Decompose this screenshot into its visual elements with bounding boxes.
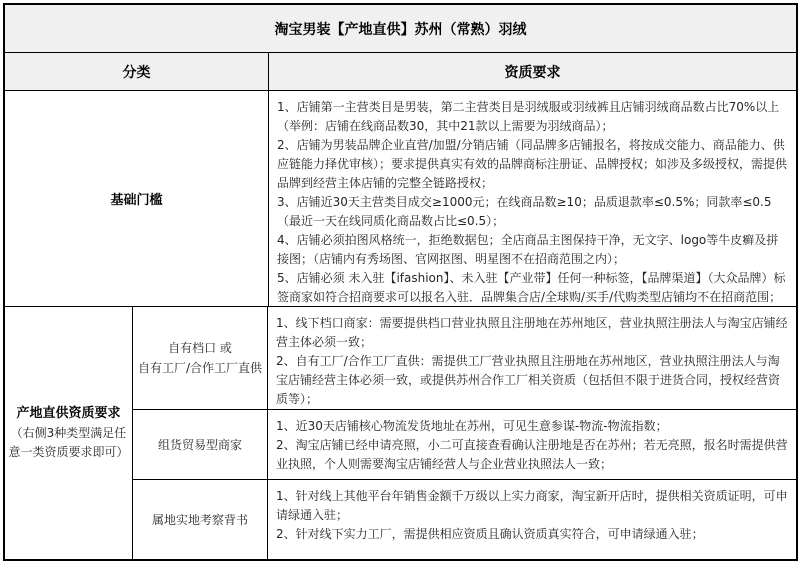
basic-item-1: 1、店铺第一主营类目是男装，第二主营类目是羽绒服或羽绒裤且店铺羽绒商品数占比70… [277, 98, 788, 136]
type-trading-merchant-label: 组货贸易型商家 [133, 410, 268, 479]
subrow-onsite-endorsement: 属地实地考察背书 1、针对线上其他平台年销售金额千万级以上实力商家，淘宝新开店时… [133, 480, 796, 559]
subrow-trading-merchant: 组货贸易型商家 1、近30天店铺核心物流发货地址在苏州，可见生意参谋-物流-物流… [133, 410, 796, 480]
supply-qualification-subrows: 自有档口 或 自有工厂/合作工厂直供 1、线下档口商家：需要提供档口营业执照且注… [133, 307, 796, 559]
supply-qualification-note: （右侧3种类型满足任意一类资质要求即可） [8, 424, 129, 462]
basic-threshold-row: 基础门槛 1、店铺第一主营类目是男装，第二主营类目是羽绒服或羽绒裤且店铺羽绒商品… [5, 91, 796, 307]
supply-qualification-group: 产地直供资质要求 （右侧3种类型满足任意一类资质要求即可） 自有档口 或 自有工… [5, 307, 796, 559]
header-category: 分类 [5, 53, 269, 90]
type-own-stall-content: 1、线下档口商家：需要提供档口营业执照且注册地在苏州地区，营业执照注册法人与淘宝… [268, 307, 796, 409]
type-onsite-endorsement-label: 属地实地考察背书 [133, 480, 268, 559]
supply-qualification-label-cell: 产地直供资质要求 （右侧3种类型满足任意一类资质要求即可） [5, 307, 133, 559]
basic-item-3: 3、店铺近30天主营类目成交≥1000元；在线商品数≥10；品质退款率≤0.5%… [277, 193, 788, 231]
own-stall-item-2: 2、自有工厂/合作工厂直供：需提供工厂营业执照且注册地在苏州地区，营业执照注册法… [276, 352, 788, 409]
table-header-row: 分类 资质要求 [5, 53, 796, 91]
trading-item-2: 2、淘宝店铺已经申请亮照，小二可直接查看确认注册地是否在苏州；若无亮照，报名时需… [276, 436, 788, 474]
basic-item-5: 5、店铺必须 未入驻【ifashion】、未入驻【产业带】任何一种标签，【品牌渠… [277, 269, 788, 307]
basic-threshold-content: 1、店铺第一主营类目是男装，第二主营类目是羽绒服或羽绒裤且店铺羽绒商品数占比70… [269, 91, 796, 306]
basic-item-2: 2、店铺为男装品牌企业直营/加盟/分销店铺（同品牌多店铺报名，将按成交能力、商品… [277, 136, 788, 193]
trading-item-1: 1、近30天店铺核心物流发货地址在苏州，可见生意参谋-物流-物流指数； [276, 417, 788, 436]
header-qualification: 资质要求 [269, 53, 796, 90]
supply-qualification-title: 产地直供资质要求 [16, 404, 120, 424]
type-own-stall-label: 自有档口 或 自有工厂/合作工厂直供 [133, 307, 268, 409]
type-trading-merchant-content: 1、近30天店铺核心物流发货地址在苏州，可见生意参谋-物流-物流指数； 2、淘宝… [268, 410, 796, 479]
onsite-item-2: 2、针对线下实力工厂，需提供相应资质且确认资质真实符合，可申请绿通入驻； [276, 525, 788, 544]
onsite-item-1: 1、针对线上其他平台年销售金额千万级以上实力商家，淘宝新开店时，提供相关资质证明… [276, 487, 788, 525]
own-stall-item-1: 1、线下档口商家：需要提供档口营业执照且注册地在苏州地区，营业执照注册法人与淘宝… [276, 314, 788, 352]
subrow-own-stall: 自有档口 或 自有工厂/合作工厂直供 1、线下档口商家：需要提供档口营业执照且注… [133, 307, 796, 410]
basic-threshold-label: 基础门槛 [5, 91, 269, 306]
requirements-table: 淘宝男装【产地直供】苏州（常熟）羽绒 分类 资质要求 基础门槛 1、店铺第一主营… [3, 3, 798, 561]
table-title: 淘宝男装【产地直供】苏州（常熟）羽绒 [5, 5, 796, 53]
basic-item-4: 4、店铺必须拍图风格统一，拒绝数据包；全店商品主图保持干净，无文字、logo等牛… [277, 231, 788, 269]
type-onsite-endorsement-content: 1、针对线上其他平台年销售金额千万级以上实力商家，淘宝新开店时，提供相关资质证明… [268, 480, 796, 559]
